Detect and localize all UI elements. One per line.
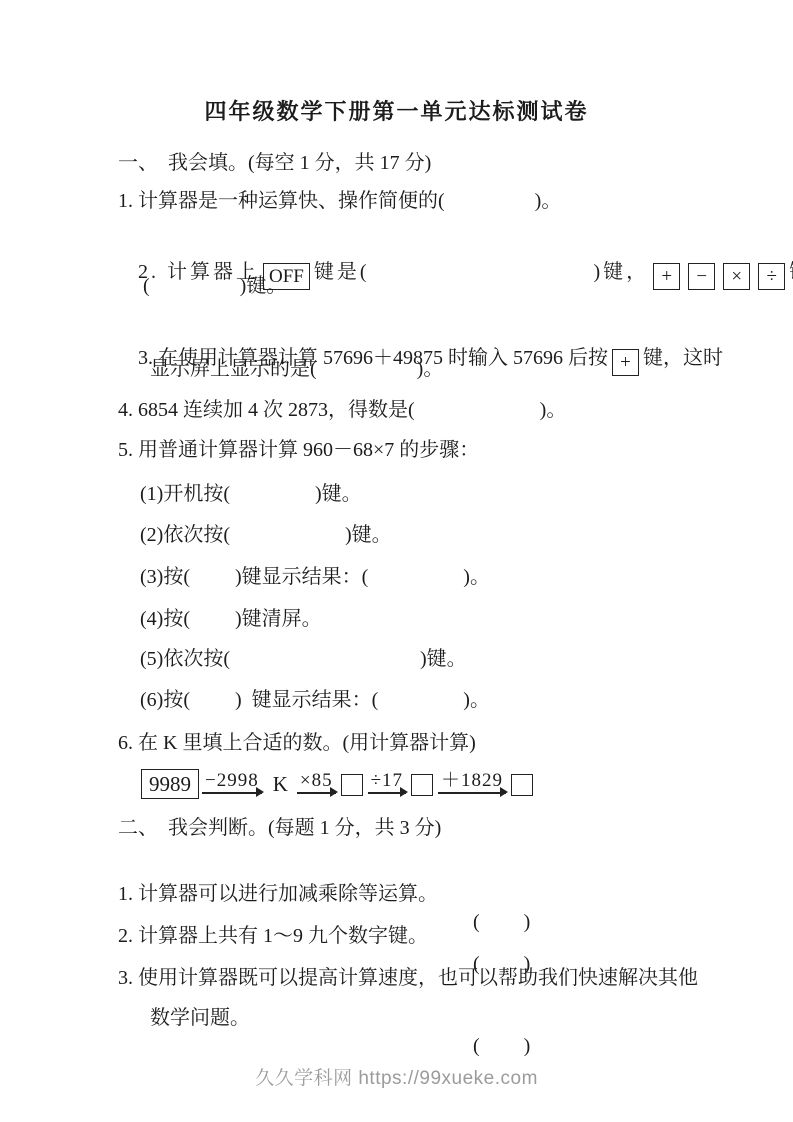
question-5-step-4: (4)按( )键清屏。 xyxy=(140,605,322,633)
section-2-heading: 二、 我会判断。(每题 1 分，共 3 分) xyxy=(118,814,441,842)
question-5-step-6: (6)按( ) 键显示结果：( )。 xyxy=(140,686,490,714)
chain-blank-box xyxy=(411,774,433,796)
chain-arrow-label: −2998 xyxy=(202,771,262,790)
question-3-line-2: 显示屏上显示的是( )。 xyxy=(150,355,443,383)
question-5-step-1: (1)开机按( )键。 xyxy=(140,480,362,508)
question-3-post: 键，这时 xyxy=(643,347,723,369)
answer-parentheses: ( ) xyxy=(473,1032,532,1060)
question-5-step-2: (2)依次按( )键。 xyxy=(140,521,392,549)
judgment-3-text-2: 数学问题。 xyxy=(150,1004,250,1032)
question-2-mid: 键是( )键， xyxy=(314,261,649,283)
question-1: 1. 计算器是一种运算快、操作简便的( )。 xyxy=(118,187,561,215)
right-arrow-icon xyxy=(202,792,262,794)
chain-start-box: 9989 xyxy=(141,769,199,799)
chain-arrow-label: ＋1829 xyxy=(438,771,506,790)
plus-key: + xyxy=(653,263,680,290)
question-5-step-5: (5)依次按( )键。 xyxy=(140,645,467,673)
question-2-post: 键是 xyxy=(789,261,793,283)
question-2-line-2: ( )键。 xyxy=(143,272,286,300)
chain-k-label: K xyxy=(273,770,288,798)
chain-blank-box xyxy=(511,774,533,796)
number-chain: 9989 −2998 K ×85 ÷17 ＋1829 xyxy=(141,763,535,805)
divide-key: ÷ xyxy=(758,263,785,290)
test-paper-page: 四年级数学下册第一单元达标测试卷 一、 我会填。(每空 1 分，共 17 分) … xyxy=(0,0,793,1122)
chain-arrow-minus-2998: −2998 xyxy=(202,771,262,794)
chain-blank-box xyxy=(341,774,363,796)
multiply-key: × xyxy=(723,263,750,290)
minus-key: − xyxy=(688,263,715,290)
right-arrow-icon xyxy=(438,792,506,794)
watermark-footer: 久久学科网 https://99xueke.com xyxy=(0,1065,793,1093)
section-1-heading: 一、 我会填。(每空 1 分，共 17 分) xyxy=(118,149,431,177)
chain-arrow-times-85: ×85 xyxy=(297,771,336,794)
chain-arrow-plus-1829: ＋1829 xyxy=(438,771,506,794)
question-5-step-3: (3)按( )键显示结果：( )。 xyxy=(140,563,490,591)
question-5-heading: 5. 用普通计算器计算 960－68×7 的步骤： xyxy=(118,436,479,464)
question-4: 4. 6854 连续加 4 次 2873，得数是( )。 xyxy=(118,396,566,424)
question-6-heading: 6. 在 K 里填上合适的数。(用计算器计算) xyxy=(118,729,476,757)
plus-key: + xyxy=(612,349,639,376)
right-arrow-icon xyxy=(368,792,406,794)
paper-title: 四年级数学下册第一单元达标测试卷 xyxy=(0,98,793,126)
right-arrow-icon xyxy=(297,792,336,794)
chain-arrow-divide-17: ÷17 xyxy=(368,771,406,794)
